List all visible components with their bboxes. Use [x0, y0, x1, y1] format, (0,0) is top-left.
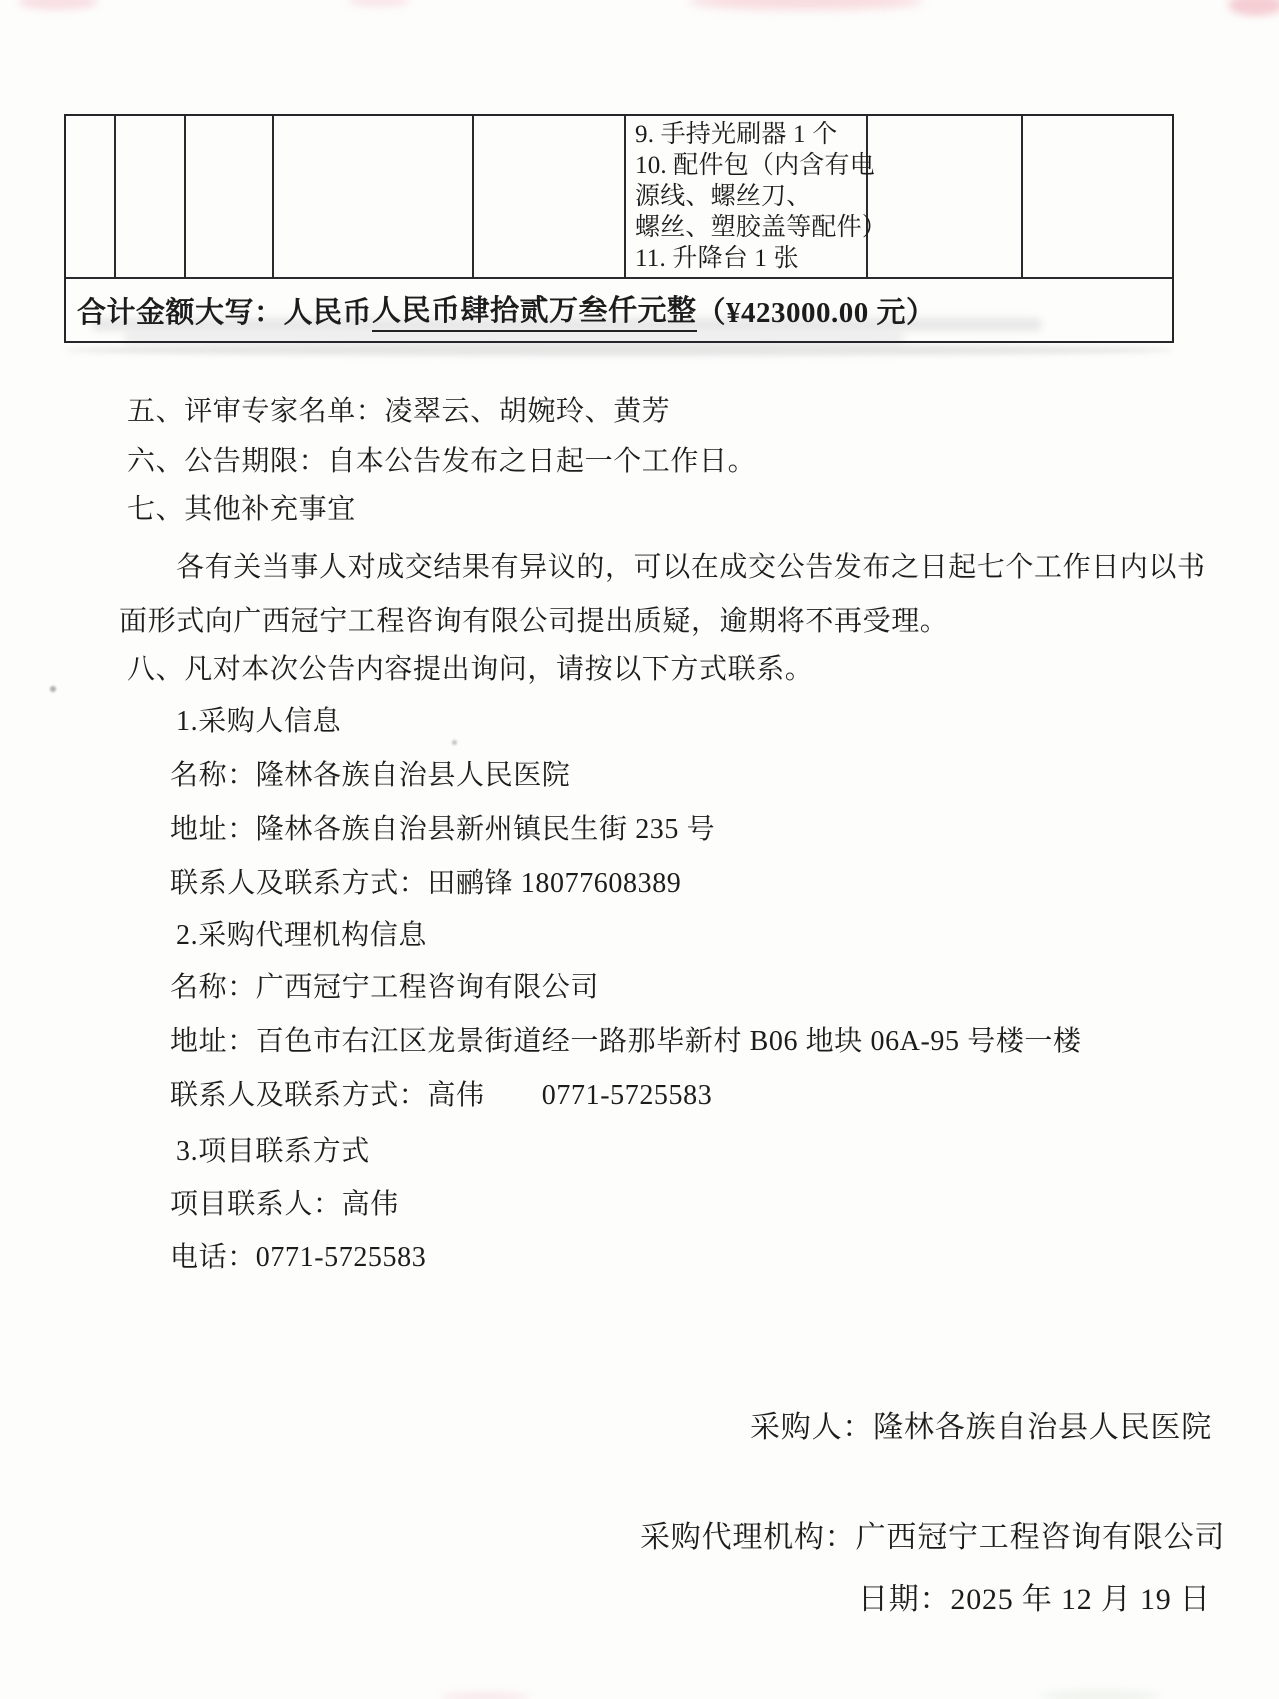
item-line: 源线、螺丝刀、 — [635, 181, 864, 212]
buyer-info-heading: 1.采购人信息 — [176, 705, 341, 739]
award-items-table: 9. 手持光刷器 1 个 10. 配件包（内含有电 源线、螺丝刀、 螺丝、塑胶盖… — [64, 114, 1174, 343]
scan-smudge — [18, 0, 98, 10]
table-cell — [1023, 116, 1172, 277]
section-5-experts: 五、评审专家名单：凌翠云、胡婉玲、黄芳 — [127, 395, 670, 429]
item-line: 10. 配件包（内含有电 — [635, 150, 864, 181]
total-amount-row: 合计金额大写：人民币人民币肆拾贰万叁仟元整（¥423000.00 元） — [66, 277, 1172, 341]
scan-smudge — [1040, 1690, 1160, 1699]
agency-info-heading: 2.采购代理机构信息 — [176, 919, 427, 953]
buyer-address: 地址：隆林各族自治县新州镇民生街 235 号 — [170, 813, 715, 847]
buyer-name: 名称：隆林各族自治县人民医院 — [170, 759, 570, 793]
section-8-heading: 八、凡对本次公告内容提出询问，请按以下方式联系。 — [127, 653, 813, 687]
signature-buyer: 采购人：隆林各族自治县人民医院 — [750, 1402, 1212, 1446]
table-cell — [274, 116, 474, 277]
scan-speck — [50, 686, 56, 692]
scan-smudge — [440, 1692, 530, 1699]
table-item-cell: 9. 手持光刷器 1 个 10. 配件包（内含有电 源线、螺丝刀、 螺丝、塑胶盖… — [626, 116, 868, 277]
table-cell — [474, 116, 626, 277]
section-6-notice-period: 六、公告期限：自本公告发布之日起一个工作日。 — [127, 445, 756, 479]
agency-name: 名称：广西冠宁工程咨询有限公司 — [170, 971, 599, 1005]
item-line: 11. 升降台 1 张 — [635, 243, 864, 274]
section-7-paragraph-1: 各有关当事人对成交结果有异议的，可以在成交公告发布之日起七个工作日内以书 — [176, 551, 1206, 585]
table-row: 9. 手持光刷器 1 个 10. 配件包（内含有电 源线、螺丝刀、 螺丝、塑胶盖… — [66, 116, 1172, 277]
total-amount-words: 人民币肆拾贰万叁仟元整 — [372, 288, 697, 332]
table-cell — [66, 116, 116, 277]
total-amount-figures: （¥423000.00 元） — [697, 290, 936, 331]
total-amount-prefix: 合计金额大写：人民币 — [77, 290, 372, 331]
signature-date: 日期：2025 年 12 月 19 日 — [858, 1574, 1211, 1618]
scan-shadow — [64, 344, 1174, 356]
scan-smudge — [348, 0, 410, 7]
signature-agency: 采购代理机构：广西冠宁工程咨询有限公司 — [640, 1512, 1225, 1556]
item-line: 螺丝、塑胶盖等配件） — [635, 212, 864, 243]
table-cell — [868, 116, 1023, 277]
section-7-heading: 七、其他补充事宜 — [127, 493, 356, 527]
project-contact-phone: 电话：0771-5725583 — [170, 1241, 426, 1275]
table-cell — [116, 116, 186, 277]
agency-contact: 联系人及联系方式：高伟 0771-5725583 — [170, 1079, 712, 1113]
project-contact-heading: 3.项目联系方式 — [176, 1135, 370, 1169]
scan-smudge — [688, 0, 923, 10]
table-cell — [186, 116, 274, 277]
section-7-paragraph-2: 面形式向广西冠宁工程咨询有限公司提出质疑，逾期将不再受理。 — [119, 605, 948, 639]
agency-address: 地址：百色市右江区龙景街道经一路那毕新村 B06 地块 06A-95 号楼一楼 — [170, 1025, 1082, 1059]
project-contact-person: 项目联系人：高伟 — [170, 1188, 399, 1222]
item-line: 9. 手持光刷器 1 个 — [635, 119, 864, 150]
buyer-contact: 联系人及联系方式：田鹂锋 18077608389 — [170, 867, 681, 901]
scan-speck — [452, 740, 457, 745]
scanned-document-page: 9. 手持光刷器 1 个 10. 配件包（内含有电 源线、螺丝刀、 螺丝、塑胶盖… — [0, 0, 1279, 1699]
scan-smudge — [1228, 0, 1279, 16]
